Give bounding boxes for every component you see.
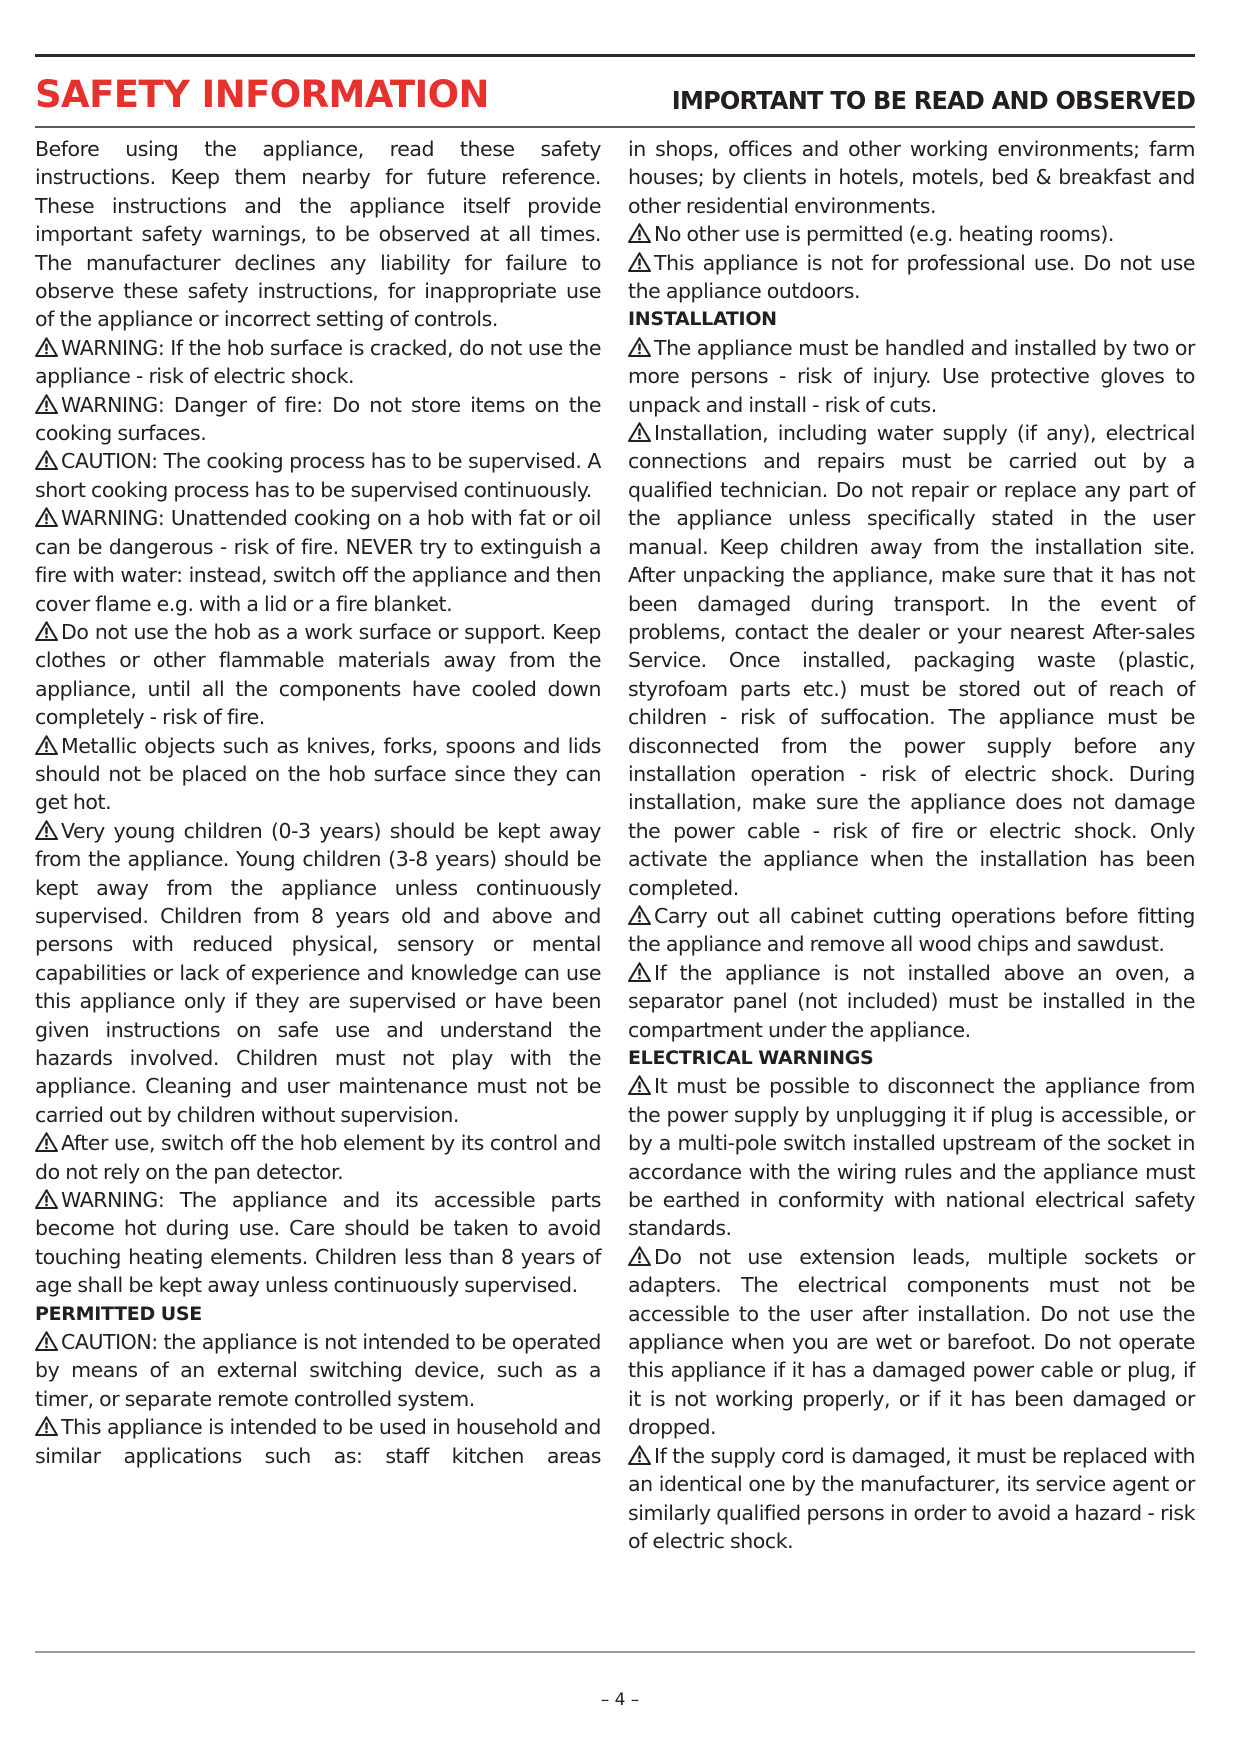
page-number: – 4 –: [0, 1690, 1240, 1710]
warning-triangle-icon: [628, 252, 651, 272]
warning-triangle-icon: [35, 820, 58, 840]
right-column: in shops, offices and other working envi…: [628, 135, 1195, 1555]
warning-item: Carry out all cabinet cutting operations…: [628, 902, 1195, 959]
page-title: SAFETY INFORMATION: [35, 76, 489, 113]
header-rule: [35, 126, 1195, 128]
warning-triangle-icon: [35, 450, 58, 470]
section-heading-installation: INSTALLATION: [628, 305, 1195, 333]
warning-item: WARNING: If the hob surface is cracked, …: [35, 334, 601, 391]
warning-item: If the supply cord is damaged, it must b…: [628, 1442, 1195, 1556]
warning-triangle-icon: [628, 962, 651, 982]
warning-item: Installation, including water supply (if…: [628, 419, 1195, 902]
warning-triangle-icon: [35, 735, 58, 755]
warning-triangle-icon: [628, 905, 651, 925]
warning-item: This appliance is not for professional u…: [628, 249, 1195, 306]
warning-triangle-icon: [628, 1075, 651, 1095]
continuation-paragraph: in shops, offices and other working envi…: [628, 135, 1195, 220]
warning-item: Do not use extension leads, multiple soc…: [628, 1243, 1195, 1442]
warning-triangle-icon: [35, 1416, 58, 1436]
page-subtitle: IMPORTANT TO BE READ AND OBSERVED: [672, 88, 1195, 113]
warning-item: CAUTION: the appliance is not intended t…: [35, 1328, 601, 1413]
warning-item: Metallic objects such as knives, forks, …: [35, 732, 601, 817]
warning-triangle-icon: [35, 1189, 58, 1209]
warning-item: The appliance must be handled and instal…: [628, 334, 1195, 419]
left-column: Before using the appliance, read these s…: [35, 135, 601, 1470]
warning-triangle-icon: [35, 1132, 58, 1152]
warning-triangle-icon: [35, 1331, 58, 1351]
warning-item: This appliance is intended to be used in…: [35, 1413, 601, 1470]
warning-item: WARNING: The appliance and its accessibl…: [35, 1186, 601, 1300]
section-heading-permitted-use: PERMITTED USE: [35, 1300, 601, 1328]
warning-item: After use, switch off the hob element by…: [35, 1129, 601, 1186]
warning-item: WARNING: Danger of fire: Do not store it…: [35, 391, 601, 448]
top-rule: [35, 54, 1195, 57]
warning-triangle-icon: [628, 223, 651, 243]
warning-triangle-icon: [628, 337, 651, 357]
warning-triangle-icon: [628, 422, 651, 442]
warning-item: Do not use the hob as a work surface or …: [35, 618, 601, 732]
warning-triangle-icon: [35, 337, 58, 357]
warning-triangle-icon: [628, 1246, 651, 1266]
warning-item: CAUTION: The cooking process has to be s…: [35, 447, 601, 504]
warning-item: Very young children (0-3 years) should b…: [35, 817, 601, 1129]
warning-item: WARNING: Unattended cooking on a hob wit…: [35, 504, 601, 618]
warning-triangle-icon: [35, 507, 58, 527]
warning-triangle-icon: [35, 621, 58, 641]
footer-rule: [35, 1651, 1195, 1653]
section-heading-electrical-warnings: ELECTRICAL WARNINGS: [628, 1044, 1195, 1072]
intro-paragraph: Before using the appliance, read these s…: [35, 135, 601, 334]
warning-triangle-icon: [628, 1445, 651, 1465]
warning-item: No other use is permitted (e.g. heating …: [628, 220, 1195, 248]
warning-item: If the appliance is not installed above …: [628, 959, 1195, 1044]
warning-triangle-icon: [35, 394, 58, 414]
warning-item: It must be possible to disconnect the ap…: [628, 1072, 1195, 1242]
